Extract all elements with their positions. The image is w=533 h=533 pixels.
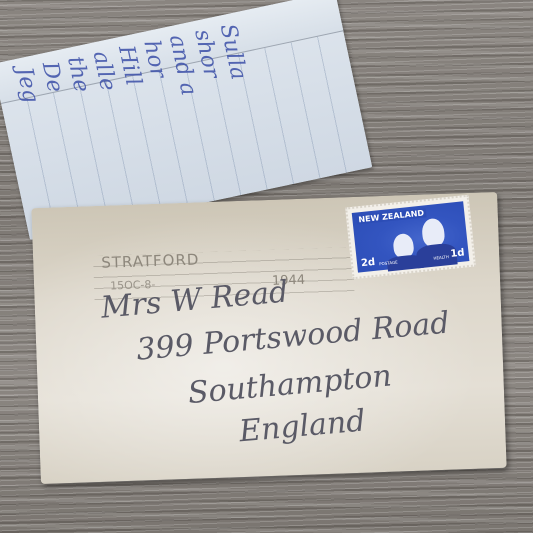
recipient-country: England [238, 403, 367, 449]
stamp-postage-value: 2d [361, 257, 376, 269]
stamp-health-value: 1d [450, 247, 465, 259]
postmark-town: STRATFORD [101, 250, 200, 271]
postage-stamp: NEW ZEALAND 2d POSTAGE HEALTH 1d [345, 195, 476, 280]
envelope: STRATFORD 15OC-8- 1944 NEW ZEALAND 2d PO… [31, 192, 506, 484]
stamp-image: NEW ZEALAND 2d POSTAGE HEALTH 1d [352, 201, 470, 272]
stamp-country: NEW ZEALAND [356, 208, 426, 224]
